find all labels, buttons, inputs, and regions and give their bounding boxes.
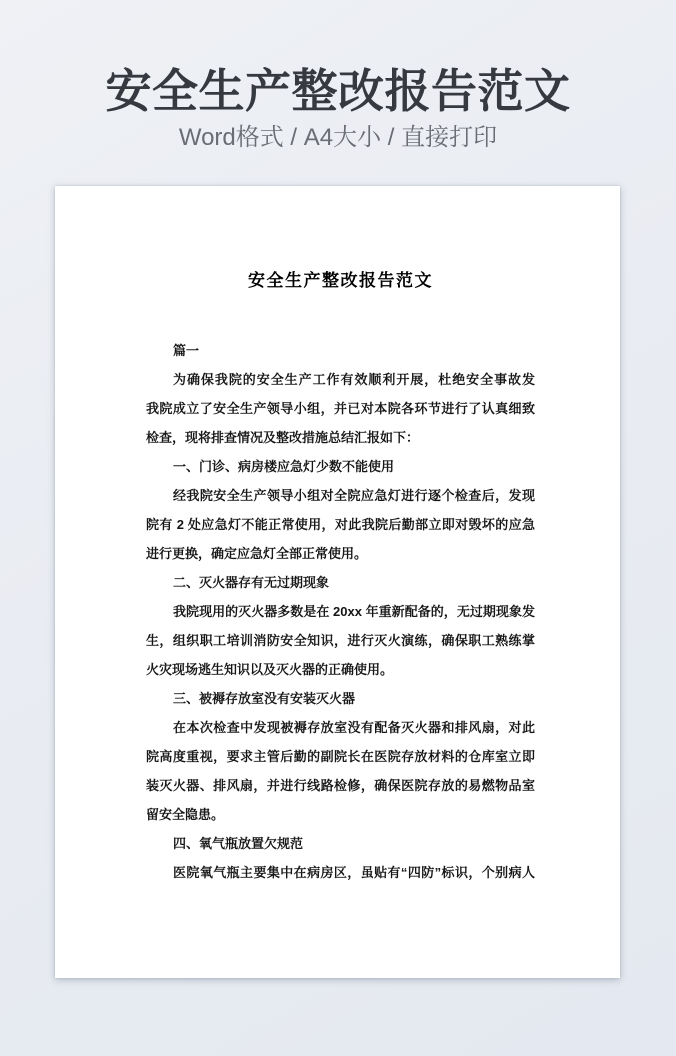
- doc-line: 院有 2 处应急灯不能正常使用，对此我院后勤部立即对毁坏的应急灯: [146, 510, 535, 539]
- document-page: 安全生产整改报告范文 篇一为确保我院的安全生产工作有效顺利开展，杜绝安全事故发生…: [55, 186, 620, 978]
- doc-line: 检查，现将排查情况及整改措施总结汇报如下：: [146, 423, 535, 452]
- page-subtitle: Word格式 / A4大小 / 直接打印: [0, 124, 676, 153]
- doc-line: 在本次检查中发现被褥存放室没有配备灭火器和排风扇，对此我: [146, 713, 535, 742]
- page-title: 安全生产整改报告范文: [0, 66, 676, 117]
- doc-line: 为确保我院的安全生产工作有效顺利开展，杜绝安全事故发生，: [146, 365, 535, 394]
- doc-line: 医院氧气瓶主要集中在病房区，虽贴有“四防”标识，个别病人: [146, 858, 535, 887]
- doc-line: 一、门诊、病房楼应急灯少数不能使用: [146, 452, 535, 481]
- doc-line: 留安全隐患。: [146, 800, 535, 829]
- doc-line: 装灭火器、排风扇，并进行线路检修，确保医院存放的易燃物品室不: [146, 771, 535, 800]
- doc-line: 经我院安全生产领导小组对全院应急灯进行逐个检查后，发现全: [146, 481, 535, 510]
- document-title: 安全生产整改报告范文: [146, 186, 535, 291]
- doc-line: 三、被褥存放室没有安装灭火器: [146, 684, 535, 713]
- doc-line: 四、氧气瓶放置欠规范: [146, 829, 535, 858]
- doc-line: 二、灭火器存有无过期现象: [146, 568, 535, 597]
- doc-line: 火灾现场逃生知识以及灭火器的正确使用。: [146, 655, 535, 684]
- doc-line: 篇一: [146, 336, 535, 365]
- doc-line: 我院成立了安全生产领导小组，并已对本院各环节进行了认真细致的: [146, 394, 535, 423]
- page-background: 安全生产整改报告范文 Word格式 / A4大小 / 直接打印 安全生产整改报告…: [0, 0, 676, 1056]
- header: 安全生产整改报告范文 Word格式 / A4大小 / 直接打印: [0, 0, 676, 152]
- document-body: 篇一为确保我院的安全生产工作有效顺利开展，杜绝安全事故发生，我院成立了安全生产领…: [146, 336, 535, 887]
- doc-line: 院高度重视，要求主管后勤的副院长在医院存放材料的仓库室立即安: [146, 742, 535, 771]
- doc-line: 进行更换，确定应急灯全部正常使用。: [146, 539, 535, 568]
- doc-line: 生，组织职工培训消防安全知识，进行灭火演练，确保职工熟练掌握: [146, 626, 535, 655]
- doc-line: 我院现用的灭火器多数是在 20xx 年重新配备的，无过期现象发: [146, 597, 535, 626]
